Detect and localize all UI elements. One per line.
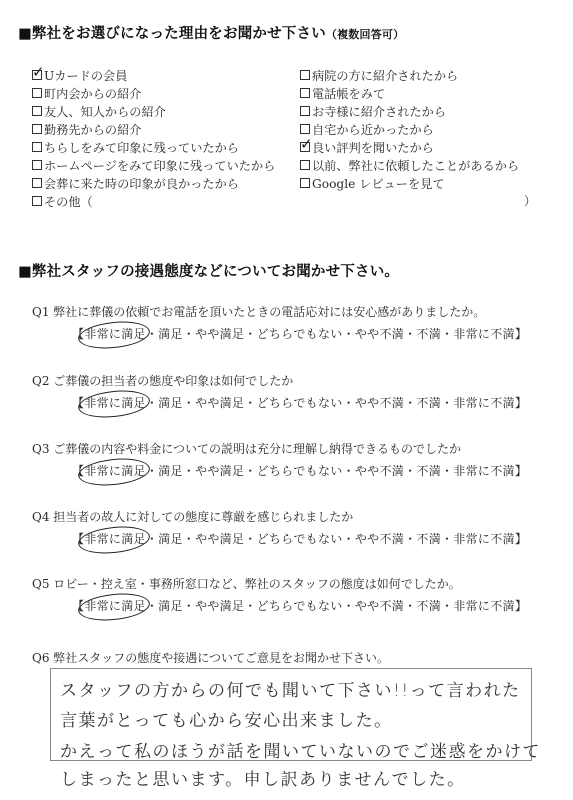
rating-option[interactable]: どちらでもない — [257, 464, 343, 478]
separator: ・ — [343, 532, 355, 546]
option-label: お寺様に紹介されたから — [312, 103, 446, 120]
rating-option[interactable]: やや不満 — [355, 327, 404, 341]
q5-rating-scale: 【非常に満足・満足・やや満足・どちらでもない・やや不満・不満・非常に不満】 — [72, 597, 527, 614]
left-option[interactable]: その他（ — [32, 192, 93, 210]
rating-option[interactable]: 非常に満足 — [84, 532, 146, 546]
q6-handwritten-line-4: しまったと思います。申し訳ありませんでした。 — [60, 765, 466, 790]
separator: ・ — [183, 327, 195, 341]
rating-option[interactable]: 満足 — [158, 327, 183, 341]
separator: ・ — [441, 599, 453, 613]
separator: ・ — [244, 599, 256, 613]
rating-option[interactable]: やや不満 — [355, 464, 404, 478]
q6-handwritten-line-2: 言葉がとっても心から安心出来ました。 — [60, 706, 393, 731]
q4-question: Q4 担当者の故人に対しての態度に尊厳を感じられましたか — [32, 508, 353, 525]
checkbox[interactable] — [300, 178, 310, 188]
option-label: 良い評判を聞いたから — [312, 139, 434, 156]
separator: ・ — [183, 396, 195, 410]
separator: ・ — [441, 464, 453, 478]
section-staff-title: ■弊社スタッフの接遇態度などについてお聞かせ下さい。 — [18, 260, 399, 281]
right-option[interactable]: Google レビューを見て — [300, 174, 445, 192]
section-reason-title-text: ■弊社をお選びになった理由をお聞かせ下さい — [18, 25, 326, 42]
separator: ・ — [404, 599, 416, 613]
rating-option[interactable]: どちらでもない — [257, 396, 343, 410]
checkbox[interactable] — [32, 142, 42, 152]
option-label: Uカードの会員 — [44, 67, 127, 84]
separator: ・ — [441, 532, 453, 546]
bracket-close: 】 — [515, 464, 527, 478]
option-label: その他（ — [44, 193, 93, 210]
rating-option[interactable]: 満足 — [158, 599, 183, 613]
checkbox[interactable] — [32, 88, 42, 98]
rating-option[interactable]: 不満 — [416, 532, 441, 546]
bracket-close: 】 — [515, 532, 527, 546]
rating-option[interactable]: やや不満 — [355, 396, 404, 410]
section-reason-title: ■弊社をお選びになった理由をお聞かせ下さい（複数回答可） — [18, 22, 404, 43]
left-option[interactable]: 友人、知人からの紹介 — [32, 102, 166, 120]
right-option[interactable]: 電話帳をみて — [300, 84, 385, 102]
right-option[interactable]: 自宅から近かったから — [300, 120, 434, 138]
rating-option[interactable]: やや満足 — [195, 599, 244, 613]
checkmark-icon: ✓ — [300, 137, 313, 152]
option-label: 病院の方に紹介されたから — [312, 67, 458, 84]
rating-option[interactable]: 非常に不満 — [453, 396, 515, 410]
checkbox[interactable] — [32, 178, 42, 188]
option-label: ホームページをみて印象に残っていたから — [44, 157, 275, 174]
q1-rating-scale: 【非常に満足・満足・やや満足・どちらでもない・やや不満・不満・非常に不満】 — [72, 325, 527, 342]
rating-option[interactable]: 非常に満足 — [84, 327, 146, 341]
checkbox[interactable] — [32, 196, 42, 206]
rating-option[interactable]: 非常に不満 — [453, 599, 515, 613]
option-label: 町内会からの紹介 — [44, 85, 142, 102]
rating-option[interactable]: 満足 — [158, 396, 183, 410]
rating-option[interactable]: どちらでもない — [257, 532, 343, 546]
bracket-close: 】 — [515, 599, 527, 613]
right-option[interactable]: 以前、弊社に依頼したことがあるから — [300, 156, 519, 174]
bracket-close: 】 — [515, 327, 527, 341]
separator: ・ — [183, 532, 195, 546]
separator: ・ — [183, 464, 195, 478]
separator: ・ — [404, 464, 416, 478]
separator: ・ — [441, 396, 453, 410]
rating-option[interactable]: 不満 — [416, 327, 441, 341]
separator: ・ — [343, 464, 355, 478]
left-option[interactable]: 勤務先からの紹介 — [32, 120, 142, 138]
left-option[interactable]: ホームページをみて印象に残っていたから — [32, 156, 275, 174]
rating-option[interactable]: 非常に不満 — [453, 532, 515, 546]
right-option[interactable]: お寺様に紹介されたから — [300, 102, 446, 120]
checkbox[interactable] — [300, 70, 310, 80]
separator: ・ — [441, 327, 453, 341]
separator: ・ — [404, 532, 416, 546]
rating-option[interactable]: どちらでもない — [257, 599, 343, 613]
option-label: 電話帳をみて — [312, 85, 385, 102]
rating-option[interactable]: 非常に不満 — [453, 464, 515, 478]
option-label: 勤務先からの紹介 — [44, 121, 142, 138]
separator: ・ — [343, 396, 355, 410]
rating-option[interactable]: やや満足 — [195, 327, 244, 341]
separator: ・ — [404, 327, 416, 341]
option-label: 友人、知人からの紹介 — [44, 103, 166, 120]
rating-option[interactable]: 非常に満足 — [84, 464, 146, 478]
other-close-paren: ） — [524, 192, 536, 209]
checkbox[interactable] — [300, 124, 310, 134]
checkbox[interactable] — [32, 160, 42, 170]
q6-handwritten-line-3: かえって私のほうが話を聞いていないのでご迷惑をかけて — [60, 737, 541, 762]
checkbox-checked[interactable]: ✓ — [300, 142, 310, 152]
option-label: 以前、弊社に依頼したことがあるから — [312, 157, 519, 174]
option-label: ちらしをみて印象に残っていたから — [44, 139, 239, 156]
left-option[interactable]: 会葬に来た時の印象が良かったから — [32, 174, 239, 192]
rating-option[interactable]: やや満足 — [195, 464, 244, 478]
checkbox[interactable] — [300, 160, 310, 170]
q2-rating-scale: 【非常に満足・満足・やや満足・どちらでもない・やや不満・不満・非常に不満】 — [72, 394, 527, 411]
rating-option[interactable]: 不満 — [416, 396, 441, 410]
separator: ・ — [244, 464, 256, 478]
rating-option[interactable]: やや不満 — [355, 532, 404, 546]
checkbox[interactable] — [32, 106, 42, 116]
option-label: 会葬に来た時の印象が良かったから — [44, 175, 239, 192]
q5-question: Q5 ロビー・控え室・事務所窓口など、弊社のスタッフの態度は如何でしたか。 — [32, 575, 461, 592]
separator: ・ — [183, 599, 195, 613]
separator: ・ — [244, 396, 256, 410]
option-label: Google レビューを見て — [312, 175, 445, 192]
multiple-answer-note: （複数回答可） — [326, 28, 404, 41]
q6-handwritten-line-1: スタッフの方からの何でも聞いて下さい!!って言われた — [60, 676, 521, 701]
left-option[interactable]: ✓Uカードの会員 — [32, 66, 127, 84]
q1-question: Q1 弊社に葬儀の依頼でお電話を頂いたときの電話応対には安心感がありましたか。 — [32, 303, 485, 320]
rating-option[interactable]: やや満足 — [195, 396, 244, 410]
bracket-close: 】 — [515, 396, 527, 410]
left-option[interactable]: 町内会からの紹介 — [32, 84, 142, 102]
separator: ・ — [244, 532, 256, 546]
right-option[interactable]: ✓良い評判を聞いたから — [300, 138, 434, 156]
checkbox[interactable] — [300, 106, 310, 116]
rating-option[interactable]: 不満 — [416, 599, 441, 613]
checkbox-checked[interactable]: ✓ — [32, 70, 42, 80]
separator: ・ — [343, 327, 355, 341]
rating-option[interactable]: どちらでもない — [257, 327, 343, 341]
rating-option[interactable]: 非常に不満 — [453, 327, 515, 341]
rating-option[interactable]: 満足 — [158, 532, 183, 546]
rating-option[interactable]: 非常に満足 — [84, 396, 146, 410]
rating-option[interactable]: やや満足 — [195, 532, 244, 546]
q4-rating-scale: 【非常に満足・満足・やや満足・どちらでもない・やや不満・不満・非常に不満】 — [72, 530, 527, 547]
q6-question: Q6 弊社スタッフの態度や接遇についてご意見をお聞かせ下さい。 — [32, 649, 389, 666]
left-option[interactable]: ちらしをみて印象に残っていたから — [32, 138, 239, 156]
q3-rating-scale: 【非常に満足・満足・やや満足・どちらでもない・やや不満・不満・非常に不満】 — [72, 462, 527, 479]
separator: ・ — [404, 396, 416, 410]
rating-option[interactable]: 満足 — [158, 464, 183, 478]
separator: ・ — [343, 599, 355, 613]
q2-question: Q2 ご葬儀の担当者の態度や印象は如何でしたか — [32, 372, 293, 389]
q3-question: Q3 ご葬儀の内容や料金についての説明は充分に理解し納得できるものでしたか — [32, 440, 461, 457]
checkbox[interactable] — [300, 88, 310, 98]
rating-option[interactable]: 不満 — [416, 464, 441, 478]
checkmark-icon: ✓ — [32, 65, 45, 80]
separator: ・ — [244, 327, 256, 341]
checkbox[interactable] — [32, 124, 42, 134]
option-label: 自宅から近かったから — [312, 121, 434, 138]
right-option[interactable]: 病院の方に紹介されたから — [300, 66, 458, 84]
rating-option[interactable]: 非常に満足 — [84, 599, 146, 613]
rating-option[interactable]: やや不満 — [355, 599, 404, 613]
